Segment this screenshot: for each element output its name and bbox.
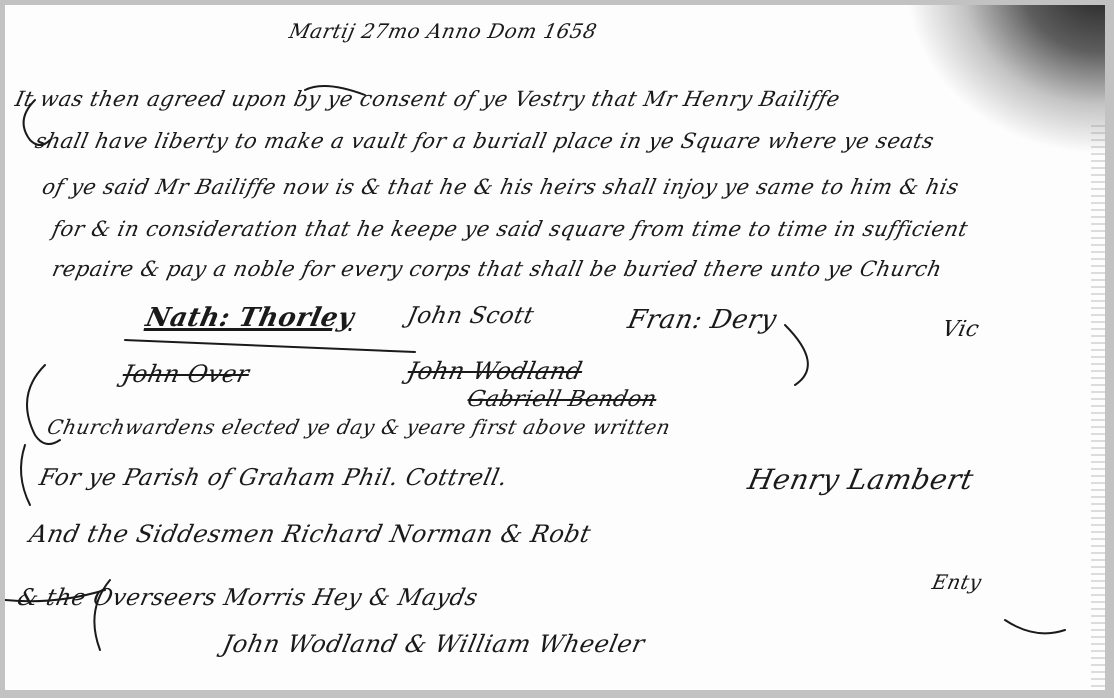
signature-lambert: Henry Lambert bbox=[745, 463, 970, 496]
signature-text: Vic bbox=[940, 317, 982, 342]
body-text-3: of ye said Mr Bailiffe now is & that he … bbox=[40, 175, 961, 199]
sidesmen-line: And the Siddesmen Richard Norman & Robt bbox=[27, 520, 588, 548]
signature-wodland: John Wodland bbox=[405, 357, 579, 385]
body-text-1: It was then agreed upon by ye consent of… bbox=[13, 87, 842, 111]
overseers-text: & the Overseers Morris Hey & Mayds bbox=[15, 585, 480, 611]
signature-over: John Over bbox=[120, 360, 246, 388]
date-line: Martij 27mo Anno Dom 1658 bbox=[287, 19, 594, 43]
signature-scott: John Scott bbox=[405, 303, 531, 329]
body-line-4: for & in consideration that he keepe ye … bbox=[50, 217, 965, 241]
edge-speckle bbox=[1091, 125, 1105, 690]
body-text-5: repaire & pay a noble for every corps th… bbox=[50, 257, 944, 281]
signature-bendon: Gabriell Bendon bbox=[465, 387, 654, 412]
surname-text: Enty bbox=[930, 570, 984, 594]
body-line-5: repaire & pay a noble for every corps th… bbox=[50, 257, 939, 281]
date-text: Martij 27mo Anno Dom 1658 bbox=[287, 19, 599, 43]
surname-enty: Enty bbox=[930, 570, 979, 594]
body-line-1: It was then agreed upon by ye consent of… bbox=[13, 87, 837, 111]
body-line-2: shall have liberty to make a vault for a… bbox=[33, 129, 931, 153]
final-signatures-text: John Wodland & William Wheeler bbox=[220, 630, 647, 658]
churchwardens-text: Churchwardens elected ye day & yeare fir… bbox=[45, 415, 673, 439]
parish-line: For ye Parish of Graham Phil. Cottrell. bbox=[37, 465, 504, 491]
signature-text: John Over bbox=[120, 360, 252, 388]
signature-thorley: Nath: Thorley bbox=[143, 303, 351, 333]
churchwardens-line: Churchwardens elected ye day & yeare fir… bbox=[45, 415, 668, 439]
signature-text: John Wodland bbox=[405, 357, 585, 385]
signature-text: Henry Lambert bbox=[745, 463, 977, 496]
manuscript-page: Martij 27mo Anno Dom 1658 It was then ag… bbox=[5, 5, 1105, 690]
sidesmen-text: And the Siddesmen Richard Norman & Robt bbox=[27, 520, 594, 548]
body-text-2: shall have liberty to make a vault for a… bbox=[33, 129, 936, 153]
signature-dery: Fran: Dery bbox=[625, 305, 773, 335]
signature-text: Nath: Thorley bbox=[143, 303, 357, 333]
overseers-line: & the Overseers Morris Hey & Mayds bbox=[15, 585, 475, 611]
body-line-3: of ye said Mr Bailiffe now is & that he … bbox=[40, 175, 956, 199]
signature-text: Fran: Dery bbox=[625, 305, 779, 335]
body-text-4: for & in consideration that he keepe ye … bbox=[50, 217, 970, 241]
signature-vic: Vic bbox=[940, 317, 976, 342]
parish-text: For ye Parish of Graham Phil. Cottrell. bbox=[37, 465, 510, 491]
final-signatures-line: John Wodland & William Wheeler bbox=[220, 630, 641, 658]
signature-text: Gabriell Bendon bbox=[465, 387, 659, 412]
signature-text: John Scott bbox=[405, 303, 537, 329]
